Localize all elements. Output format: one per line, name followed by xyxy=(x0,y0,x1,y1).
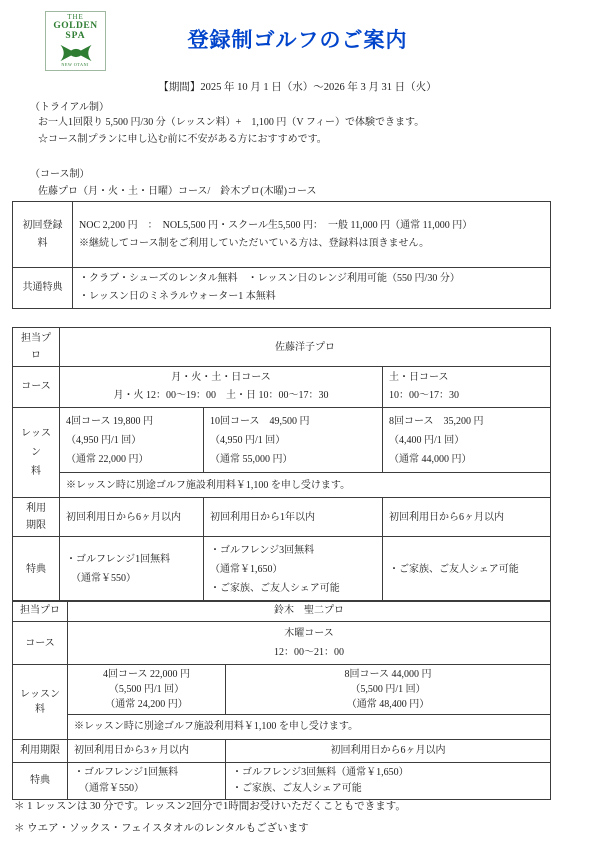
trial-heading: （トライアル制） xyxy=(30,98,109,113)
lesson-note: ※レッスン時に別途ゴルフ施設利用料￥1,100 を申し受けます。 xyxy=(60,473,551,498)
usage-period-1: 初回利用日から6ヶ月以内 xyxy=(60,498,204,537)
common-benefits-label: 共通特典 xyxy=(13,268,73,309)
course-cell: 木曜コース 12：00～21：00 xyxy=(68,622,551,665)
page-title: 登録制ゴルフのご案内 xyxy=(0,24,595,54)
benefit-2: ・ゴルフレンジ3回無料（通常￥1,650） ・ご家族、ご友人シェア可能 xyxy=(226,763,551,800)
benefit-2: ・ゴルフレンジ3回無料 （通常￥1,650） ・ご家族、ご友人シェア可能 xyxy=(204,537,383,602)
lesson-plan-8: 8回コース 35,200 円 （4,400 円/1 回） （通常 44,000 … xyxy=(383,408,551,473)
usage-period-label: 利用 期限 xyxy=(13,498,60,537)
usage-period-2: 初回利用日から6ヶ月以内 xyxy=(226,740,551,763)
lesson-fee-label: レッスン 料 xyxy=(13,408,60,498)
course-heading: （コース制） xyxy=(30,165,90,180)
benefit-3: ・ご家族、ご友人シェア可能 xyxy=(383,537,551,602)
benefit-1: ・ゴルフレンジ1回無料 （通常￥550） xyxy=(60,537,204,602)
course-main-cell: 月・火・土・日コース 月・火 12：00～19：00 土・日 10：00～17：… xyxy=(60,367,383,408)
pro-name: 鈴木 聖二プロ xyxy=(68,601,551,622)
course-weekend-cell: 土・日コース 10：00～17：30 xyxy=(383,367,551,408)
lesson-plan-4: 4回コース 19,800 円 （4,950 円/1 回） （通常 22,000 … xyxy=(60,408,204,473)
course-summary-line: 佐藤プロ（月・火・土・日曜）コース/ 鈴木プロ(木曜)コース xyxy=(38,182,316,197)
course-label: コース xyxy=(13,367,60,408)
pro-name: 佐藤洋子プロ xyxy=(60,328,551,367)
course-label: コース xyxy=(13,622,68,665)
lesson-plan-10: 10回コース 49,500 円 （4,950 円/1 回） （通常 55,000… xyxy=(204,408,383,473)
pro-label: 担当プロ xyxy=(13,328,60,367)
usage-period-1: 初回利用日から3ヶ月以内 xyxy=(68,740,226,763)
lesson-fee-label: レッスン 料 xyxy=(13,665,68,740)
registration-fee-value: NOC 2,200 円 ： NOL5,500 円・スクール生5,500 円： 一… xyxy=(73,202,551,268)
usage-period-3: 初回利用日から6ヶ月以内 xyxy=(383,498,551,537)
lesson-note: ※レッスン時に別途ゴルフ施設利用料￥1,100 を申し受けます。 xyxy=(68,715,551,740)
usage-period-2: 初回利用日から1年以内 xyxy=(204,498,383,537)
benefit-1: ・ゴルフレンジ1回無料 （通常￥550） xyxy=(68,763,226,800)
lesson-plan-4: 4回コース 22,000 円 （5,500 円/1 回） （通常 24,200 … xyxy=(68,665,226,715)
lesson-plan-8: 8回コース 44,000 円 （5,500 円/1 回） （通常 48,400 … xyxy=(226,665,551,715)
suzuki-course-table: 担当プロ 鈴木 聖二プロ コース 木曜コース 12：00～21：00 レッスン … xyxy=(12,600,551,800)
common-benefits-value: ・クラブ・シューズのレンタル無料 ・レッスン日のレンジ利用可能（550 円/30… xyxy=(73,268,551,309)
period-line: 【期間】2025 年 10 月 1 日（水）～2026 年 3 月 31 日（火… xyxy=(0,79,595,94)
registration-table: 初回登録 料 NOC 2,200 円 ： NOL5,500 円・スクール生5,5… xyxy=(12,201,551,309)
logo-subtext: NEW OTANI xyxy=(62,63,89,67)
benefit-label: 特典 xyxy=(13,763,68,800)
pro-label: 担当プロ xyxy=(13,601,68,622)
registration-fee-label: 初回登録 料 xyxy=(13,202,73,268)
benefit-label: 特典 xyxy=(13,537,60,602)
footnotes: ＊ 1 レッスンは 30 分です。レッスン2回分で1時間お受けいただくこともでき… xyxy=(14,796,406,840)
usage-period-label: 利用期限 xyxy=(13,740,68,763)
document-page: THE GOLDEN SPA NEW OTANI 登録制ゴルフのご案内 【期間】… xyxy=(0,0,595,842)
trial-description: お一人1回限り 5,500 円/30 分（レッスン料）+ 1,100 円（V フ… xyxy=(38,114,424,148)
sato-course-table: 担当プロ 佐藤洋子プロ コース 月・火・土・日コース 月・火 12：00～19：… xyxy=(12,327,551,602)
